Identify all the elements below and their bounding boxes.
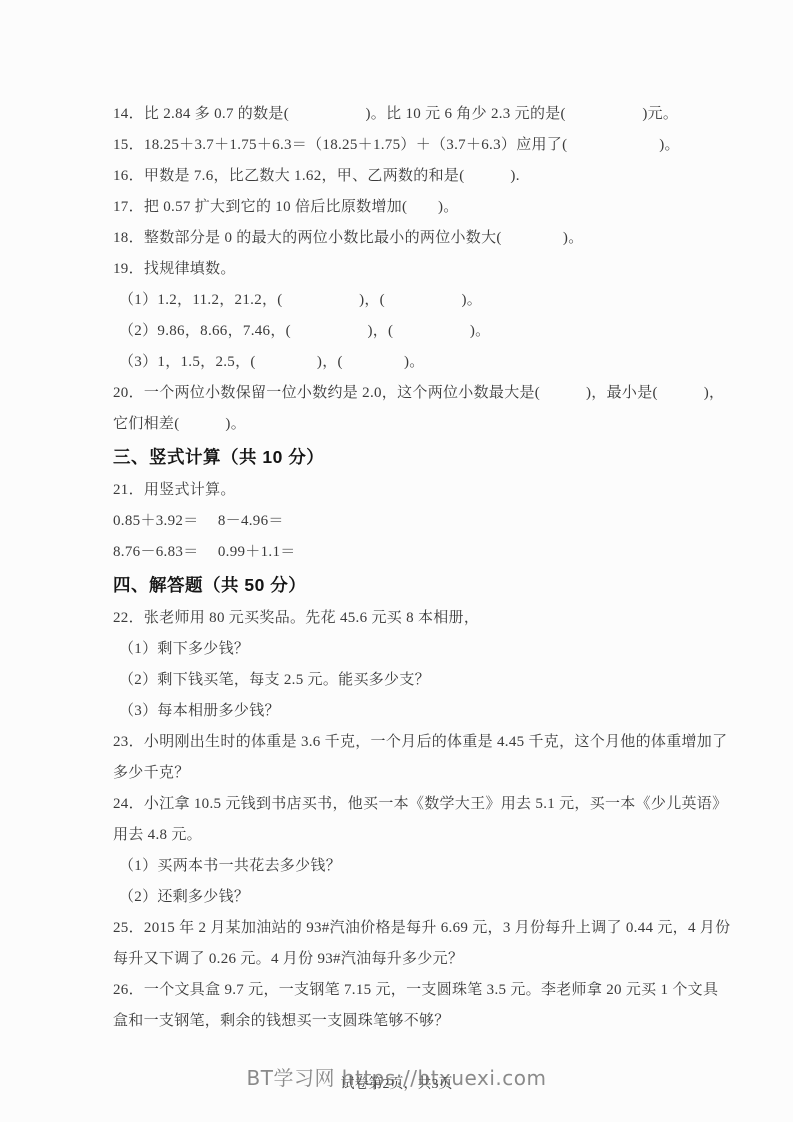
question-20-line-2: 它们相差( )。 [113, 409, 713, 440]
question-24-line-1: 24．小江拿 10.5 元钱到书店买书，他买一本《数学大王》用去 5.1 元，买… [113, 789, 713, 820]
question-15: 15．18.25＋3.7＋1.75＋6.3＝（18.25＋1.75）＋（3.7＋… [113, 130, 713, 161]
question-21-calc-row-1: 0.85＋3.92＝ 8－4.96＝ [113, 506, 713, 537]
question-22: 22．张老师用 80 元买奖品。先花 45.6 元买 8 本相册， [113, 603, 713, 634]
question-20-line-1: 20．一个两位小数保留一位小数约是 2.0，这个两位小数最大是( )，最小是( … [113, 378, 713, 409]
question-23-line-2: 多少千克？ [113, 758, 713, 789]
question-24-item-1: （1）买两本书一共花去多少钱？ [113, 851, 713, 882]
question-25-line-2: 每升又下调了 0.26 元。4 月份 93#汽油每升多少元？ [113, 944, 713, 975]
question-23-line-1: 23．小明刚出生时的体重是 3.6 千克，一个月后的体重是 4.45 千克，这个… [113, 727, 713, 758]
question-21-calc-row-2: 8.76－6.83＝ 0.99＋1.1＝ [113, 537, 713, 568]
question-24-line-2: 用去 4.8 元。 [113, 820, 713, 851]
question-18: 18．整数部分是 0 的最大的两位小数比最小的两位小数大( )。 [113, 223, 713, 254]
question-24-item-2: （2）还剩多少钱？ [113, 882, 713, 913]
question-19-item-1: （1）1.2，11.2，21.2，( )，( )。 [113, 285, 713, 316]
question-25-line-1: 25．2015 年 2 月某加油站的 93#汽油价格是每升 6.69 元，3 月… [113, 913, 713, 944]
exam-page: 14．比 2.84 多 0.7 的数是( )。比 10 元 6 角少 2.3 元… [0, 0, 793, 1122]
question-21: 21．用竖式计算。 [113, 475, 713, 506]
question-19-item-2: （2）9.86，8.66，7.46，( )，( )。 [113, 316, 713, 347]
question-17: 17．把 0.57 扩大到它的 10 倍后比原数增加( )。 [113, 192, 713, 223]
question-16: 16．甲数是 7.6，比乙数大 1.62，甲、乙两数的和是( ). [113, 161, 713, 192]
section-3-title: 三、竖式计算（共 10 分） [113, 440, 713, 475]
question-19-item-3: （3）1，1.5，2.5，( )，( )。 [113, 347, 713, 378]
question-26-line-1: 26．一个文具盒 9.7 元，一支钢笔 7.15 元，一支圆珠笔 3.5 元。李… [113, 975, 713, 1006]
question-19: 19．找规律填数。 [113, 254, 713, 285]
question-26-line-2: 盒和一支钢笔，剩余的钱想买一支圆珠笔够不够？ [113, 1006, 713, 1037]
section-4-title: 四、解答题（共 50 分） [113, 568, 713, 603]
page-number: 试卷第2页，共3页 [0, 1073, 793, 1093]
question-14: 14．比 2.84 多 0.7 的数是( )。比 10 元 6 角少 2.3 元… [113, 99, 713, 130]
question-22-item-2: （2）剩下钱买笔，每支 2.5 元。能买多少支？ [113, 665, 713, 696]
exam-content: 14．比 2.84 多 0.7 的数是( )。比 10 元 6 角少 2.3 元… [113, 99, 713, 1037]
question-22-item-1: （1）剩下多少钱？ [113, 634, 713, 665]
question-22-item-3: （3）每本相册多少钱？ [113, 696, 713, 727]
